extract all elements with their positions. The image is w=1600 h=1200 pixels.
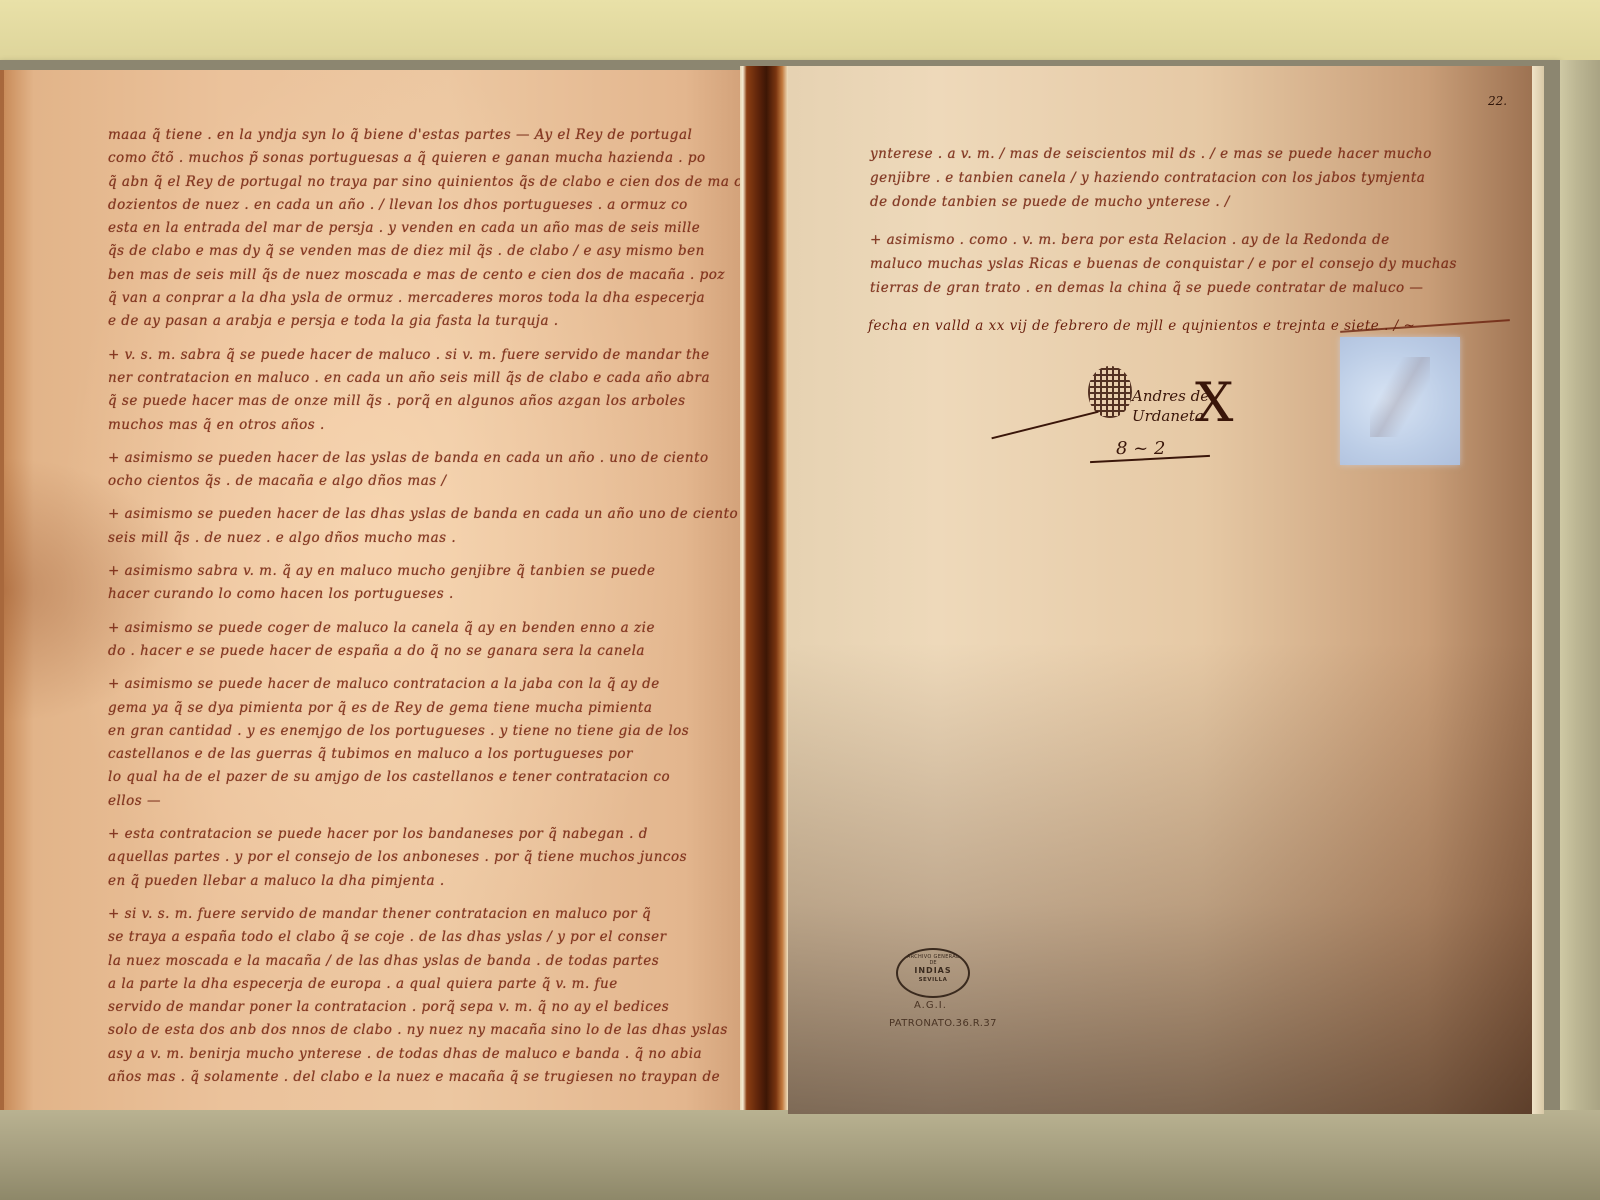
manuscript-line: ben mas de seis mill q̃s de nuez moscada… xyxy=(108,264,728,287)
signature-rubric-mark xyxy=(1088,366,1132,418)
manuscript-line: genjibre . e tanbien canela / y haziendo… xyxy=(870,166,1510,190)
signature-flourish-loops: 8 ~ 2 xyxy=(1116,438,1165,459)
manuscript-line: + asimismo se pueden hacer de las yslas … xyxy=(108,447,728,470)
manuscript-line: en gran cantidad . y es enemjgo de los p… xyxy=(108,720,728,743)
manuscript-line: en q̃ pueden llebar a maluco la dha pimj… xyxy=(108,870,728,893)
mount-board-edge xyxy=(1560,60,1600,1200)
stamp-indias-text: INDIAS xyxy=(898,966,968,975)
archive-shelfmark: PATRONATO.36.R.37 xyxy=(889,1018,997,1029)
manuscript-line: + asimismo . como . v. m. bera por esta … xyxy=(870,228,1510,252)
manuscript-line: + asimismo se puede hacer de maluco cont… xyxy=(108,673,728,696)
display-ledge xyxy=(0,1110,1600,1200)
manuscript-line: muchos mas q̃ en otros años . xyxy=(108,414,728,437)
manuscript-line: solo de esta dos anb dos nnos de clabo .… xyxy=(108,1019,728,1042)
manuscript-line: esta en la entrada del mar de persja . y… xyxy=(108,217,728,240)
manuscript-line: q̃s de clabo e mas dy q̃ se venden mas d… xyxy=(108,240,728,263)
manuscript-line: + v. s. m. sabra q̃ se puede hacer de ma… xyxy=(108,344,728,367)
signature-block: Andres de Urdaneta X 8 ~ 2 xyxy=(990,362,1250,482)
manuscript-line: tierras de gran trato . en demas la chin… xyxy=(870,276,1510,300)
manuscript-line: de donde tanbien se puede de mucho ynter… xyxy=(870,190,1510,214)
manuscript-line: maluco muchas yslas Ricas e buenas de co… xyxy=(870,252,1510,276)
manuscript-line: q̃ abn q̃ el Rey de portugal no traya pa… xyxy=(108,171,728,194)
manuscript-line: ynterese . a v. m. / mas de seiscientos … xyxy=(870,142,1510,166)
manuscript-line: lo qual ha de el pazer de su amjgo de lo… xyxy=(108,766,728,789)
archive-abbreviation: A.G.I. xyxy=(914,1000,947,1011)
manuscript-line: aquellas partes . y por el consejo de lo… xyxy=(108,846,728,869)
right-page-text: ynterese . a v. m. / mas de seiscientos … xyxy=(870,142,1510,300)
binding-gutter xyxy=(740,66,788,1110)
manuscript-line: ner contratacion en maluco . en cada un … xyxy=(108,367,728,390)
manuscript-line: gema ya q̃ se dya pimienta por q̃ es de … xyxy=(108,697,728,720)
manuscript-line: + asimismo se pueden hacer de las dhas y… xyxy=(108,503,728,526)
signature-name-line-2: Urdaneta xyxy=(1132,407,1204,425)
manuscript-line: la nuez moscada e la macaña / de las dha… xyxy=(108,950,728,973)
right-page-edge xyxy=(1532,66,1544,1114)
manuscript-line: hacer curando lo como hacen los portugue… xyxy=(108,583,728,606)
signature-cross-mark: X xyxy=(1195,376,1233,430)
manuscript-line: e de ay pasan a arabja e persja e toda l… xyxy=(108,310,728,333)
manuscript-line: como c̃tõ . muchos p̃ sonas portuguesas … xyxy=(108,147,728,170)
manuscript-line: ocho cientos q̃s . de macaña e algo dños… xyxy=(108,470,728,493)
manuscript-line: años mas . q̃ solamente . del clabo e la… xyxy=(108,1066,728,1089)
manuscript-line: q̃ se puede hacer mas de onze mill q̃s .… xyxy=(108,390,728,413)
manuscript-line: q̃ van a conprar a la dha ysla de ormuz … xyxy=(108,287,728,310)
manuscript-line: a la parte la dha especerja de europa . … xyxy=(108,973,728,996)
manuscript-line: dozientos de nuez . en cada un año . / l… xyxy=(108,194,728,217)
manuscript-line: asy a v. m. benirja mucho ynterese . de … xyxy=(108,1043,728,1066)
manuscript-line: + asimismo sabra v. m. q̃ ay en maluco m… xyxy=(108,560,728,583)
manuscript-line: seis mill q̃s . de nuez . e algo dños mu… xyxy=(108,527,728,550)
folio-number: 22. xyxy=(1488,94,1507,108)
manuscript-line: castellanos e de las guerras q̃ tubimos … xyxy=(108,743,728,766)
manuscript-line: + si v. s. m. fuere servido de mandar th… xyxy=(108,903,728,926)
signature-flourish-stroke xyxy=(991,411,1098,440)
manuscript-line: do . hacer e se puede hacer de españa a … xyxy=(108,640,728,663)
camera-flash-glare xyxy=(1340,337,1460,465)
manuscript-line: servido de mandar poner la contratacion … xyxy=(108,996,728,1019)
archive-stamp: ARCHIVO GENERAL DE INDIAS SEVILLA xyxy=(896,948,970,998)
wall-background xyxy=(0,0,1600,62)
manuscript-line: + esta contratacion se puede hacer por l… xyxy=(108,823,728,846)
left-page-text: maaa q̃ tiene . en la yndja syn lo q̃ bi… xyxy=(108,124,728,1089)
manuscript-line: se traya a españa todo el clabo q̃ se co… xyxy=(108,926,728,949)
manuscript-line: maaa q̃ tiene . en la yndja syn lo q̃ bi… xyxy=(108,124,728,147)
manuscript-line: + asimismo se puede coger de maluco la c… xyxy=(108,617,728,640)
manuscript-line: ellos — xyxy=(108,790,728,813)
stamp-bottom-text: SEVILLA xyxy=(898,977,968,983)
